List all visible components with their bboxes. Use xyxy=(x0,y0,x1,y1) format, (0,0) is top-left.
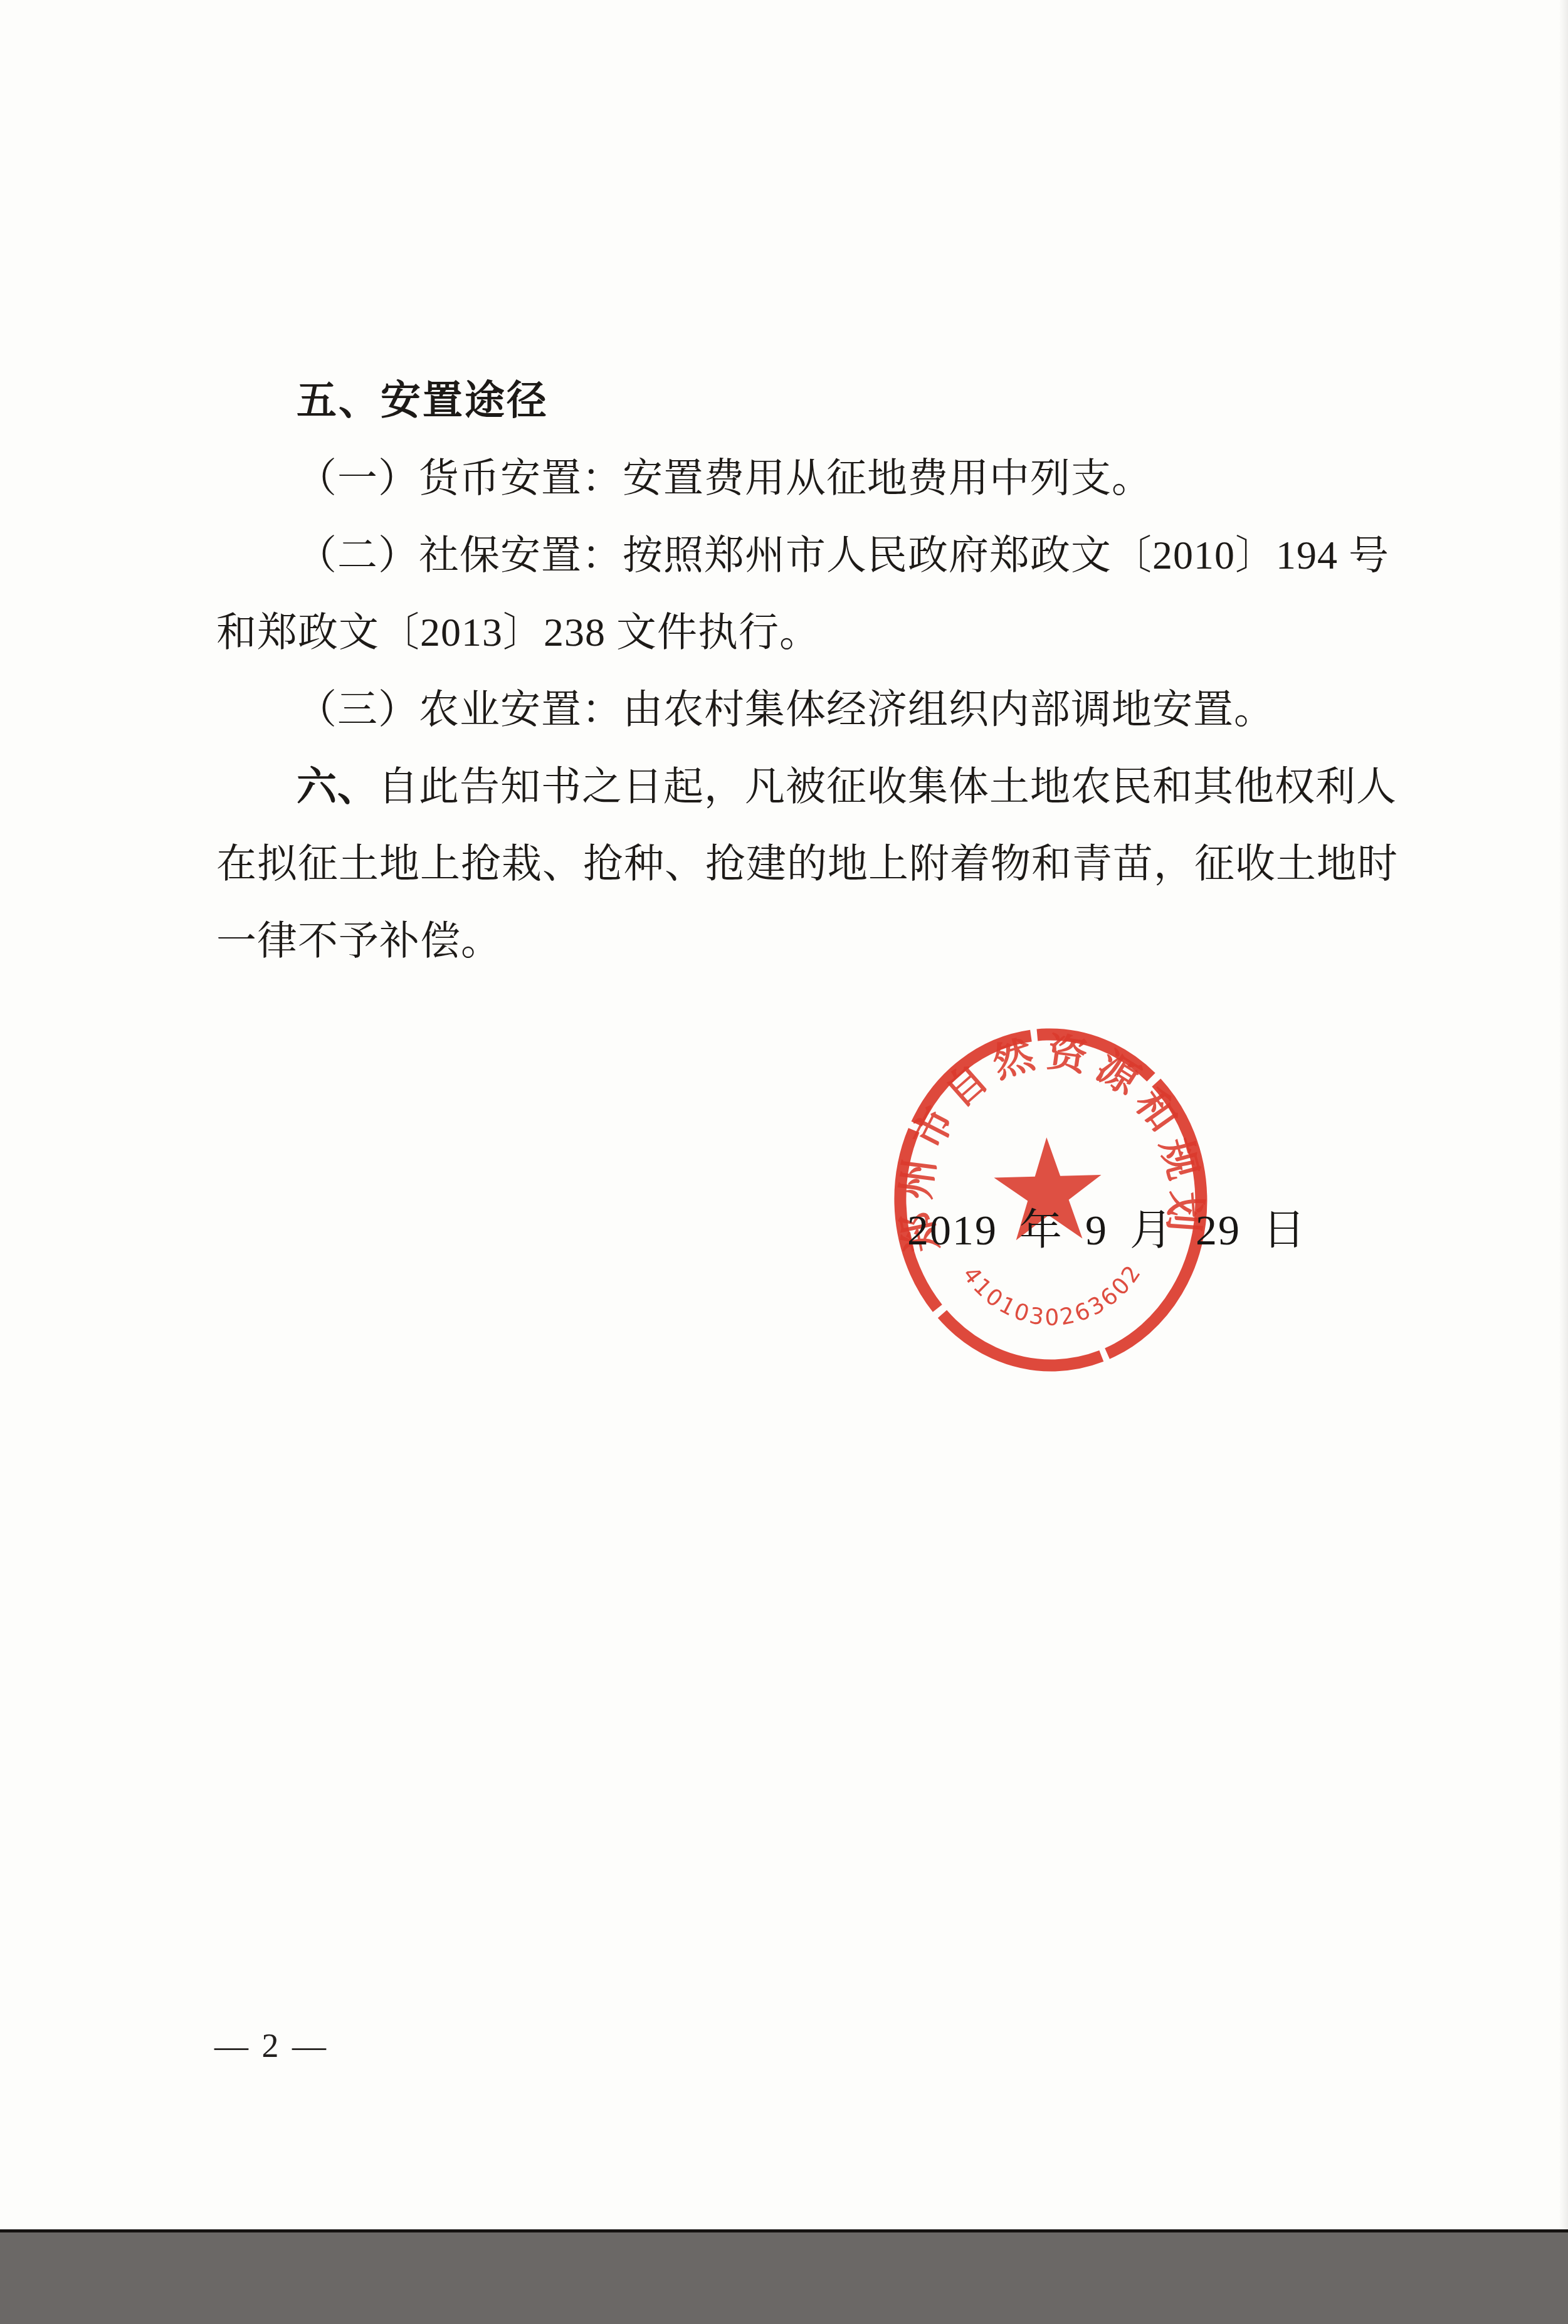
paragraph-line: 和郑政文〔2013〕238 文件执行。 xyxy=(216,594,1417,671)
page-number: — 2 — xyxy=(214,2024,329,2068)
paragraph-text: 和郑政文〔2013〕238 文件执行。 xyxy=(216,610,820,655)
scan-edge-shade xyxy=(1559,0,1568,2229)
paragraph-line: （三）农业安置：由农村集体经济组织内部调地安置。 xyxy=(216,671,1417,748)
paragraph-line: （一）货币安置：安置费用从征地费用中列支。 xyxy=(216,439,1417,517)
paragraph-text: 在拟征土地上抢栽、抢种、抢建的地上附着物和青苗，征收土地时 xyxy=(216,841,1398,886)
body-text: 五、安置途径 （一）货币安置：安置费用从征地费用中列支。 （二）社保安置：按照郑… xyxy=(216,362,1417,979)
paragraph-text: （一）货币安置：安置费用从征地费用中列支。 xyxy=(297,456,1152,500)
paragraph-text: （三）农业安置：由农村集体经济组织内部调地安置。 xyxy=(297,687,1275,732)
svg-text:4101030263602: 4101030263602 xyxy=(957,1258,1149,1333)
seal-code-text: 4101030263602 xyxy=(957,1258,1149,1333)
paragraph-text: 一律不予补偿。 xyxy=(216,918,502,963)
document-page: 五、安置途径 （一）货币安置：安置费用从征地费用中列支。 （二）社保安置：按照郑… xyxy=(0,0,1568,2324)
section-heading: 五、安置途径 xyxy=(216,362,1417,439)
paragraph-text: （二）社保安置：按照郑州市人民政府郑政文〔2010〕194 号 xyxy=(297,533,1389,577)
scan-bottom-band xyxy=(0,2229,1568,2324)
paragraph-line: （二）社保安置：按照郑州市人民政府郑政文〔2010〕194 号 xyxy=(216,517,1417,594)
section-number-prefix: 六、 xyxy=(297,764,378,810)
issue-date: 2019 年 9 月 29 日 xyxy=(907,1199,1296,1261)
paragraph-line: 一律不予补偿。 xyxy=(216,902,1417,979)
paragraph-line: 六、自此告知书之日起，凡被征收集体土地农民和其他权利人 xyxy=(216,748,1417,825)
paragraph-text: 自此告知书之日起，凡被征收集体土地农民和其他权利人 xyxy=(378,764,1397,809)
paragraph-line: 在拟征土地上抢栽、抢种、抢建的地上附着物和青苗，征收土地时 xyxy=(216,825,1417,902)
section-heading-text: 五、安置途径 xyxy=(297,377,549,424)
